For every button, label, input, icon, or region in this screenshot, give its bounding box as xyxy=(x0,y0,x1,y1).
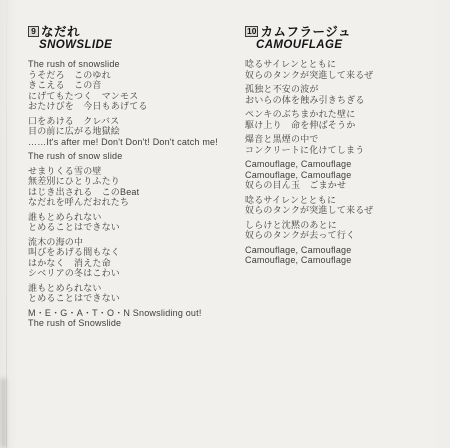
stanza: 孤独と不安の波がおいらの体を蝕み引きちぎる xyxy=(245,84,440,105)
song-title-english: CAMOUFLAGE xyxy=(256,39,440,51)
lyric-line: 奴らのタンクが突進して来るぜ xyxy=(245,70,440,81)
lyric-line: 奴らの目ん玉 ごまかせ xyxy=(245,180,440,191)
lyric-line: 誰もとめられない xyxy=(28,283,233,294)
lyric-line: なだれを呼んだおれたち xyxy=(28,197,233,208)
lyric-line: 流木の海の中 xyxy=(28,237,233,248)
track-number-badge: 10 xyxy=(245,26,258,37)
lyric-line: The rush of snow slide xyxy=(28,151,233,162)
lyrics-booklet-page: 9 なだれ SNOWSLIDE The rush of snowslideうそだ… xyxy=(0,0,450,448)
lyric-line: しらけと沈黙のあとに xyxy=(245,220,440,231)
lyric-line: 目の前に広がる地獄絵 xyxy=(28,126,233,137)
stanza: 口をあける クレバス目の前に広がる地獄絵……It's after me! Don… xyxy=(28,116,233,148)
lyric-line: 口をあける クレバス xyxy=(28,116,233,127)
stanza: 爆音と黒煙の中でコンクリートに化けてしまう xyxy=(245,134,440,155)
stanza: M・E・G・A・T・O・N Snowsliding out!The rush o… xyxy=(28,308,233,329)
song-title-row: 10 カムフラージュ xyxy=(245,24,440,38)
stanza: ペンキのぶちまかれた壁に駆け上り 命を伸ばそうか xyxy=(245,109,440,130)
lyric-line: コンクリートに化けてしまう xyxy=(245,145,440,156)
lyric-line: きこえる この音 xyxy=(28,80,233,91)
lyric-line: ペンキのぶちまかれた壁に xyxy=(245,109,440,120)
stanza: 誰もとめられないとめることはできない xyxy=(28,212,233,233)
song-column-snowslide: 9 なだれ SNOWSLIDE The rush of snowslideうそだ… xyxy=(28,24,233,333)
stanza: 誰もとめられないとめることはできない xyxy=(28,283,233,304)
lyric-line: 爆音と黒煙の中で xyxy=(245,134,440,145)
stanza: The rush of snowslideうそだろ このゆれきこえる この音にげ… xyxy=(28,59,233,112)
lyric-line: シベリアの冬はこわい xyxy=(28,268,233,279)
lyric-line: うそだろ このゆれ xyxy=(28,70,233,81)
stanza: 唸るサイレンとともに奴らのタンクが突進して来るぜ xyxy=(245,59,440,80)
lyric-line: 無差別にひとりふたり xyxy=(28,176,233,187)
lyric-line: にげてもたつく マンモス xyxy=(28,91,233,102)
song-title-row: 9 なだれ xyxy=(28,24,233,38)
song-title-japanese: なだれ xyxy=(41,22,80,40)
lyric-line: 奴らのタンクが突進して来るぜ xyxy=(245,205,440,216)
song-title-english: SNOWSLIDE xyxy=(39,39,233,51)
lyric-line: Camouflage, Camouflage xyxy=(245,159,440,170)
scan-smudge xyxy=(1,378,6,448)
stanza: 唸るサイレンとともに奴らのタンクが突進して来るぜ xyxy=(245,195,440,216)
stanza: Camouflage, CamouflageCamouflage, Camouf… xyxy=(245,245,440,266)
lyric-line: おたけびを 今日もあげてる xyxy=(28,101,233,112)
stanza: しらけと沈黙のあとに奴らのタンクが去って行く xyxy=(245,220,440,241)
lyric-line: 唸るサイレンとともに xyxy=(245,59,440,70)
lyric-line: Camouflage, Camouflage xyxy=(245,255,440,266)
stanza: Camouflage, CamouflageCamouflage, Camouf… xyxy=(245,159,440,191)
stanza: 流木の海の中叫びをあげる間もなくはかなく 消えた命シベリアの冬はこわい xyxy=(28,237,233,279)
lyric-line: 唸るサイレンとともに xyxy=(245,195,440,206)
lyric-line: せまりくる雪の壁 xyxy=(28,166,233,177)
lyric-line: Camouflage, Camouflage xyxy=(245,245,440,256)
lyric-line: おいらの体を蝕み引きちぎる xyxy=(245,95,440,106)
lyric-line: 叫びをあげる間もなく xyxy=(28,247,233,258)
lyrics: 唸るサイレンとともに奴らのタンクが突進して来るぜ孤独と不安の波がおいらの体を蝕み… xyxy=(245,59,440,266)
lyric-line: とめることはできない xyxy=(28,293,233,304)
song-column-camouflage: 10 カムフラージュ CAMOUFLAGE 唸るサイレンとともに奴らのタンクが突… xyxy=(245,24,440,270)
lyrics: The rush of snowslideうそだろ このゆれきこえる この音にげ… xyxy=(28,59,233,329)
lyric-line: The rush of Snowslide xyxy=(28,318,233,329)
lyric-line: Camouflage, Camouflage xyxy=(245,170,440,181)
lyric-line: M・E・G・A・T・O・N Snowsliding out! xyxy=(28,308,233,319)
lyric-line: はじき出される このBeat xyxy=(28,187,233,198)
track-number-badge: 9 xyxy=(28,26,39,37)
lyric-line: The rush of snowslide xyxy=(28,59,233,70)
lyric-line: 孤独と不安の波が xyxy=(245,84,440,95)
lyric-line: 駆け上り 命を伸ばそうか xyxy=(245,120,440,131)
page-fold-line xyxy=(6,0,7,448)
stanza: The rush of snow slide xyxy=(28,151,233,162)
stanza: せまりくる雪の壁無差別にひとりふたりはじき出される このBeatなだれを呼んだお… xyxy=(28,166,233,208)
lyric-line: はかなく 消えた命 xyxy=(28,258,233,269)
lyric-line: とめることはできない xyxy=(28,222,233,233)
lyric-line: ……It's after me! Don't Don't! Don't catc… xyxy=(28,137,233,148)
song-title-japanese: カムフラージュ xyxy=(260,22,351,40)
lyric-line: 奴らのタンクが去って行く xyxy=(245,230,440,241)
lyric-line: 誰もとめられない xyxy=(28,212,233,223)
